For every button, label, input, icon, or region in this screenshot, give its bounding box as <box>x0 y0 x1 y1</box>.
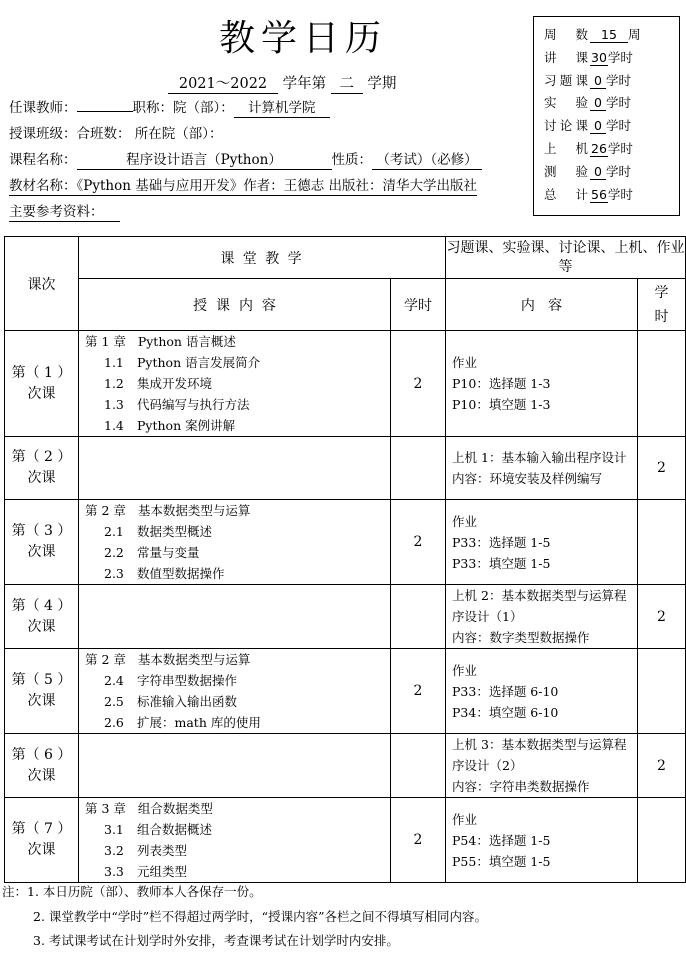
other-content: 作业P54：选择题 1-5P55：填空题 1-5 <box>446 798 638 883</box>
academic-years: 2021～2022 <box>168 76 278 94</box>
other-content-line: 上机 2：基本数据类型与运算程序设计（1） <box>452 585 637 627</box>
other-content-line: 上机 3：基本数据类型与运算程序设计（2） <box>452 734 637 776</box>
table-row: 第（ 7 ）次课第 3 章 组合数据类型3.1组合数据概述3.2列表类型3.3元… <box>5 798 686 883</box>
lecture-content <box>79 734 391 798</box>
other-content: 作业P10：选择题 1-3P10：填空题 1-3 <box>446 331 638 437</box>
lecture-content <box>79 437 391 500</box>
section-item: 3.3元组类型 <box>85 861 390 882</box>
lecture-content: 第 2 章 基本数据类型与运算2.1数据类型概述2.2常量与变量2.3数值型数据… <box>79 500 391 585</box>
other-hours: 2 <box>638 734 686 798</box>
header-lecture-content: 授 课 内 容 <box>79 279 391 331</box>
semester-number: 二 <box>331 76 363 94</box>
other-content: 上机 1：基本输入输出程序设计内容：环境安装及样例编写 <box>446 437 638 500</box>
section-item: 2.6扩展：math 库的使用 <box>85 712 390 733</box>
lesson-number: 第（ 1 ）次课 <box>5 331 79 437</box>
lesson-number: 第（ 3 ）次课 <box>5 500 79 585</box>
term-line: 2021～2022 学年第 二 学期 <box>168 72 396 94</box>
chapter-title: 第 3 章 组合数据类型 <box>85 798 390 819</box>
lesson-number: 第（ 7 ）次课 <box>5 798 79 883</box>
stat-experiment: 实 验0学时 <box>544 93 679 116</box>
other-content-line: 上机 1：基本输入输出程序设计 <box>452 447 637 468</box>
lecture-hours: 2 <box>391 649 446 734</box>
table-row: 第（ 6 ）次课上机 3：基本数据类型与运算程序设计（2）内容：字符串类数据操作… <box>5 734 686 798</box>
stat-exercise: 习题课0学时 <box>544 71 679 94</box>
teacher-label: 任课教师： <box>9 100 77 116</box>
other-hours <box>638 798 686 883</box>
note-1: 注：1. 本日历院（部）、教师本人各保存一份。 <box>2 880 487 905</box>
stat-lab: 上 机26学时 <box>544 139 679 162</box>
footnotes: 注：1. 本日历院（部）、教师本人各保存一份。 2. 课堂教学中“学时”栏不得超… <box>2 880 487 954</box>
other-content-line: 内容：环境安装及样例编写 <box>452 468 637 489</box>
other-content: 上机 2：基本数据类型与运算程序设计（1）内容：数字类型数据操作 <box>446 585 638 649</box>
other-content-line: 作业 <box>452 809 637 830</box>
other-content-line: 作业 <box>452 660 637 681</box>
section-item: 2.3数值型数据操作 <box>85 563 390 584</box>
nature-label: 性质： <box>332 152 373 168</box>
section-item: 2.5标准输入输出函数 <box>85 691 390 712</box>
other-content-line: P55：填空题 1-5 <box>452 851 637 872</box>
rank-label: 职称：院（部）： <box>133 100 234 116</box>
section-item: 3.2列表类型 <box>85 840 390 861</box>
table-row: 第（ 4 ）次课上机 2：基本数据类型与运算程序设计（1）内容：数字类型数据操作… <box>5 585 686 649</box>
section-item: 1.3代码编写与执行方法 <box>85 394 390 415</box>
header-other: 习题课、实验课、讨论课、上机、作业等 <box>446 237 686 279</box>
lecture-content <box>79 585 391 649</box>
stat-total: 总 计56学时 <box>544 185 679 208</box>
course-line: 课程名称：程序设计语言（Python）性质：（考试）（必修） <box>9 151 482 170</box>
table-body: 第（ 1 ）次课第 1 章 Python 语言概述1.1Python 语言发展简… <box>5 331 686 883</box>
other-hours <box>638 331 686 437</box>
lecture-hours: 2 <box>391 798 446 883</box>
semester-suffix: 学期 <box>367 76 396 92</box>
page-title: 教学日历 <box>0 16 606 62</box>
lecture-hours <box>391 585 446 649</box>
other-content-line: P10：填空题 1-3 <box>452 394 637 415</box>
other-content-line: 作业 <box>452 511 637 532</box>
table-row: 第（ 3 ）次课第 2 章 基本数据类型与运算2.1数据类型概述2.2常量与变量… <box>5 500 686 585</box>
lesson-number: 第（ 2 ）次课 <box>5 437 79 500</box>
section-item: 2.1数据类型概述 <box>85 521 390 542</box>
note-2: 2. 课堂教学中“学时”栏不得超过两学时，“授课内容”各栏之间不得填写相同内容。 <box>2 905 487 930</box>
lecture-content: 第 3 章 组合数据类型3.1组合数据概述3.2列表类型3.3元组类型 <box>79 798 391 883</box>
header-other-content: 内 容 <box>446 279 638 331</box>
stat-weeks: 周 数15周 <box>544 25 679 48</box>
header-classroom: 课 堂 教 学 <box>79 237 446 279</box>
chapter-title: 第 2 章 基本数据类型与运算 <box>85 500 390 521</box>
table-row: 第（ 2 ）次课上机 1：基本输入输出程序设计内容：环境安装及样例编写2 <box>5 437 686 500</box>
course-field: 程序设计语言（Python） <box>77 152 332 170</box>
other-content-line: P33：选择题 1-5 <box>452 532 637 553</box>
table-row: 第（ 1 ）次课第 1 章 Python 语言概述1.1Python 语言发展简… <box>5 331 686 437</box>
teacher-line: 任课教师：职称：院（部）：计算机学院 <box>9 99 330 118</box>
stat-lecture: 讲 课30学时 <box>544 48 679 71</box>
table-row: 第（ 5 ）次课第 2 章 基本数据类型与运算2.4字符串型数据操作2.5标准输… <box>5 649 686 734</box>
other-hours <box>638 500 686 585</box>
chapter-title: 第 2 章 基本数据类型与运算 <box>85 649 390 670</box>
section-item: 1.2集成开发环境 <box>85 373 390 394</box>
department-field: 计算机学院 <box>234 100 330 118</box>
other-content-line: P54：选择题 1-5 <box>452 830 637 851</box>
section-item: 2.4字符串型数据操作 <box>85 670 390 691</box>
stat-quiz: 测 验0学时 <box>544 162 679 185</box>
calendar-table: 课次 课 堂 教 学 习题课、实验课、讨论课、上机、作业等 授 课 内 容 学时… <box>4 236 686 883</box>
lesson-number: 第（ 6 ）次课 <box>5 734 79 798</box>
lesson-number: 第（ 5 ）次课 <box>5 649 79 734</box>
lesson-number: 第（ 4 ）次课 <box>5 585 79 649</box>
other-content-line: 作业 <box>452 352 637 373</box>
other-hours: 2 <box>638 585 686 649</box>
other-content-line: P33：填空题 1-5 <box>452 553 637 574</box>
section-item: 2.2常量与变量 <box>85 542 390 563</box>
other-content-line: P34：填空题 6-10 <box>452 702 637 723</box>
other-hours <box>638 649 686 734</box>
section-item: 1.4Python 案例讲解 <box>85 415 390 436</box>
teacher-field <box>77 111 133 112</box>
lecture-hours <box>391 437 446 500</box>
lecture-content: 第 2 章 基本数据类型与运算2.4字符串型数据操作2.5标准输入输出函数2.6… <box>79 649 391 734</box>
chapter-title: 第 1 章 Python 语言概述 <box>85 331 390 352</box>
other-content-line: P10：选择题 1-3 <box>452 373 637 394</box>
other-content: 作业P33：选择题 6-10P34：填空题 6-10 <box>446 649 638 734</box>
class-line: 授课班级：合班数： 所在院（部）： <box>9 125 223 143</box>
lecture-hours <box>391 734 446 798</box>
lecture-content: 第 1 章 Python 语言概述1.1Python 语言发展简介1.2集成开发… <box>79 331 391 437</box>
other-content-line: P33：选择题 6-10 <box>452 681 637 702</box>
section-item: 3.1组合数据概述 <box>85 819 390 840</box>
header-lecture-hours: 学时 <box>391 279 446 331</box>
course-label: 课程名称： <box>9 152 77 168</box>
header-lesson: 课次 <box>5 237 79 331</box>
nature-field: （考试）（必修） <box>372 152 482 170</box>
other-content-line: 内容：数字类型数据操作 <box>452 627 637 648</box>
lecture-hours: 2 <box>391 500 446 585</box>
lecture-hours: 2 <box>391 331 446 437</box>
other-content: 作业P33：选择题 1-5P33：填空题 1-5 <box>446 500 638 585</box>
stat-discussion: 讨论课0学时 <box>544 116 679 139</box>
other-content: 上机 3：基本数据类型与运算程序设计（2）内容：字符串类数据操作 <box>446 734 638 798</box>
hours-summary-box: 周 数15周 讲 课30学时 习题课0学时 实 验0学时 讨论课0学时 上 机2… <box>533 16 680 216</box>
other-content-line: 内容：字符串类数据操作 <box>452 776 637 797</box>
note-3: 3. 考试课考试在计划学时外安排，考查课考试在计划学时内安排。 <box>2 929 487 954</box>
year-suffix: 学年第 <box>283 76 327 92</box>
header-other-hours: 学时 <box>638 279 686 331</box>
textbook-line: 教材名称：《Python 基础与应用开发》作者：王德志 出版社：清华大学出版社 <box>9 178 477 196</box>
reference-line: 主要参考资料： <box>9 204 120 222</box>
other-hours: 2 <box>638 437 686 500</box>
section-item: 1.1Python 语言发展简介 <box>85 352 390 373</box>
